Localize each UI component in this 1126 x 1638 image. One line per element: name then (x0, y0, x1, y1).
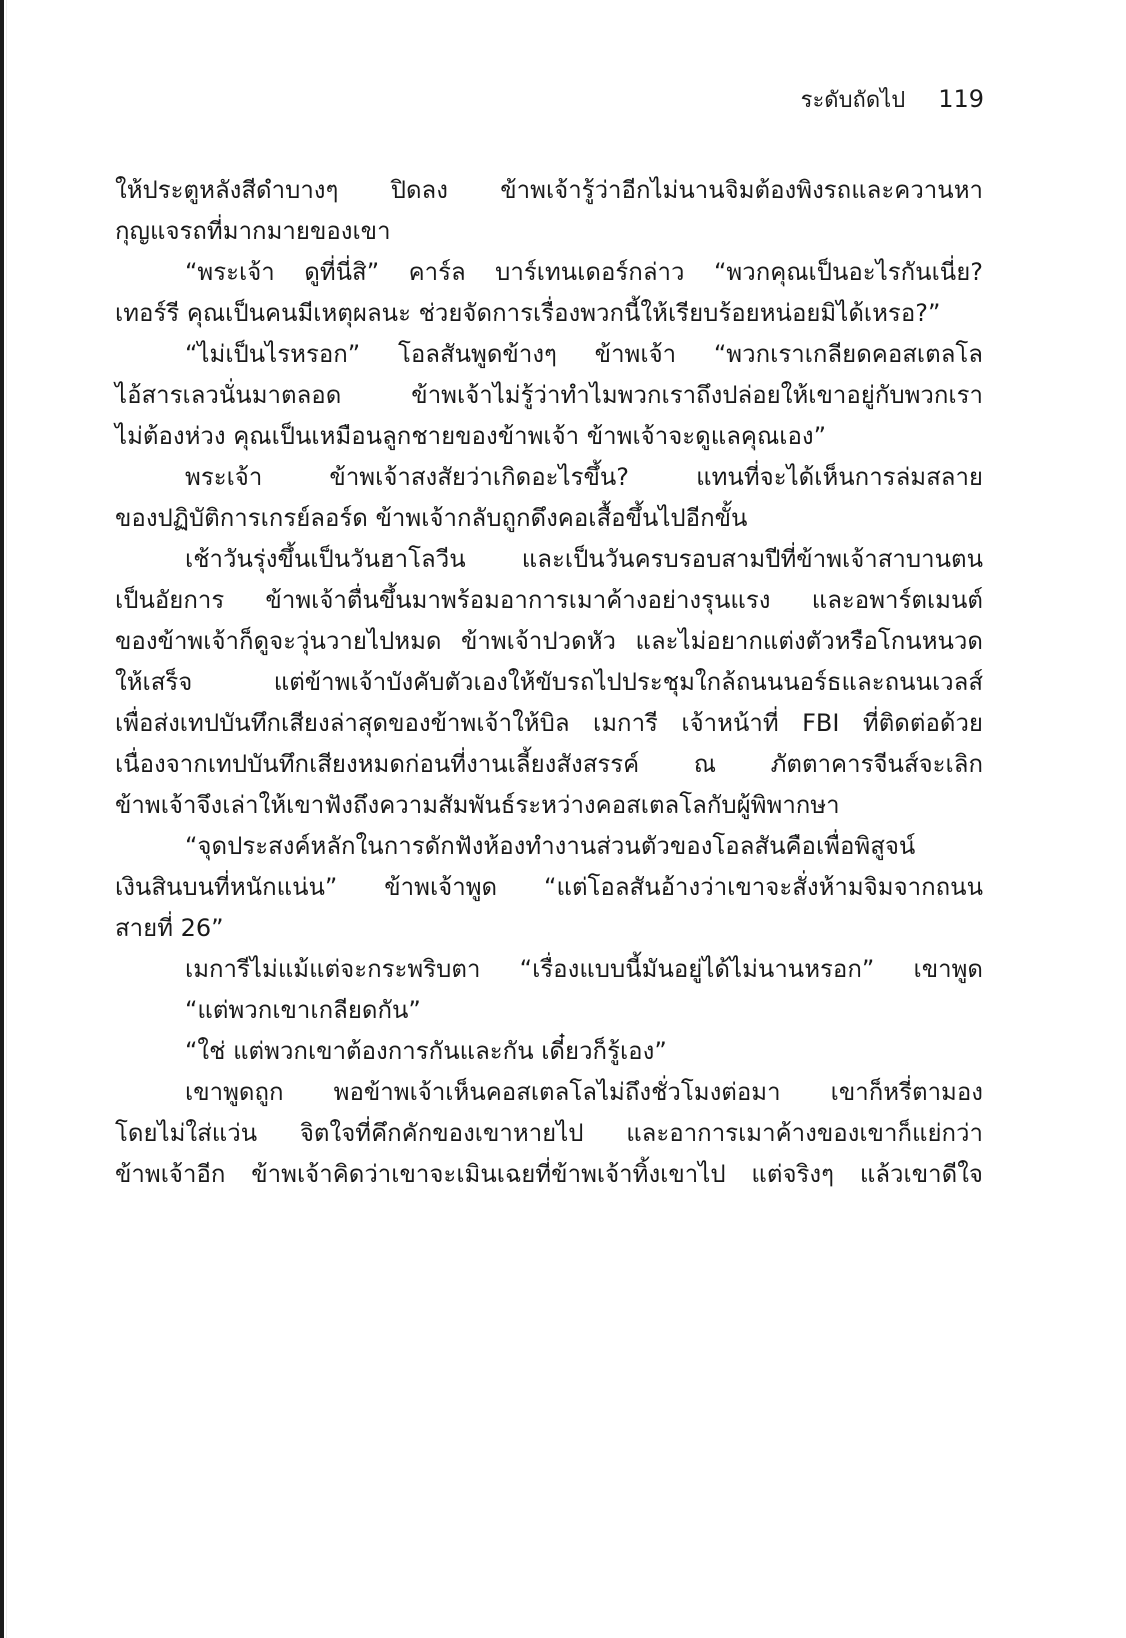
text-line: ข้าพเจ้าอีก ข้าพเจ้าคิดว่าเขาจะเมินเฉยที… (115, 1154, 983, 1195)
text-line: “ไม่เป็นไรหรอก” โอลสันพูดข้างๆ ข้าพเจ้า … (115, 334, 983, 375)
text-line: เขาพูดถูก พอข้าพเจ้าเห็นคอสเตลโลไม่ถึงชั… (115, 1072, 983, 1113)
text-line: “แต่พวกเขาเกลียดกัน” (115, 990, 983, 1031)
text-line: กุญแจรถที่มากมายของเขา (115, 211, 983, 252)
text-line: ของข้าพเจ้าก็ดูจะวุ่นวายไปหมด ข้าพเจ้าปว… (115, 621, 983, 662)
running-header: ระดับถัดไป (801, 88, 906, 113)
text-line: โดยไม่ใส่แว่น จิตใจที่คึกคักของเขาหายไป … (115, 1113, 983, 1154)
page-header: ระดับถัดไป 119 (801, 82, 984, 117)
text-line: เทอร์รี คุณเป็นคนมีเหตุผลนะ ช่วยจัดการเร… (115, 293, 983, 334)
text-line: “จุดประสงค์หลักในการดักฟังห้องทำงานส่วนต… (115, 826, 983, 867)
text-line: ให้เสร็จ แต่ข้าพเจ้าบังคับตัวเองให้ขับรถ… (115, 662, 983, 703)
text-line: “ใช่ แต่พวกเขาต้องการกันและกัน เดี๋ยวก็ร… (115, 1031, 983, 1072)
text-line: ให้ประตูหลังสีดำบางๆ ปิดลง ข้าพเจ้ารู้ว่… (115, 170, 983, 211)
body-text: ให้ประตูหลังสีดำบางๆ ปิดลง ข้าพเจ้ารู้ว่… (115, 170, 983, 1195)
text-line: เป็นอัยการ ข้าพเจ้าตื่นขึ้นมาพร้อมอาการเ… (115, 580, 983, 621)
text-line: เพื่อส่งเทปบันทึกเสียงล่าสุดของข้าพเจ้าใ… (115, 703, 983, 744)
page-number: 119 (938, 85, 984, 113)
text-line: ไอ้สารเลวนั่นมาตลอด ข้าพเจ้าไม่รู้ว่าทำไ… (115, 375, 983, 416)
text-line: ไม่ต้องห่วง คุณเป็นเหมือนลูกชายของข้าพเจ… (115, 416, 983, 457)
text-line: สายที่ 26” (115, 908, 983, 949)
text-line: เนื่องจากเทปบันทึกเสียงหมดก่อนที่งานเลี้… (115, 744, 983, 785)
text-line: เงินสินบนที่หนักแน่น” ข้าพเจ้าพูด “แต่โอ… (115, 867, 983, 908)
text-line: พระเจ้า ข้าพเจ้าสงสัยว่าเกิดอะไรขึ้น? แท… (115, 457, 983, 498)
text-line: ของปฏิบัติการเกรย์ลอร์ด ข้าพเจ้ากลับถูกด… (115, 498, 983, 539)
text-line: ข้าพเจ้าจึงเล่าให้เขาฟังถึงความสัมพันธ์ร… (115, 785, 983, 826)
text-line: เช้าวันรุ่งขึ้นเป็นวันฮาโลวีน และเป็นวัน… (115, 539, 983, 580)
scan-edge-shadow (6, 0, 7, 1638)
text-line: เมการีไม่แม้แต่จะกระพริบตา “เรื่องแบบนี้… (115, 949, 983, 990)
scan-edge (0, 0, 4, 1638)
text-line: “พระเจ้า ดูที่นี่สิ” คาร์ล บาร์เทนเดอร์ก… (115, 252, 983, 293)
